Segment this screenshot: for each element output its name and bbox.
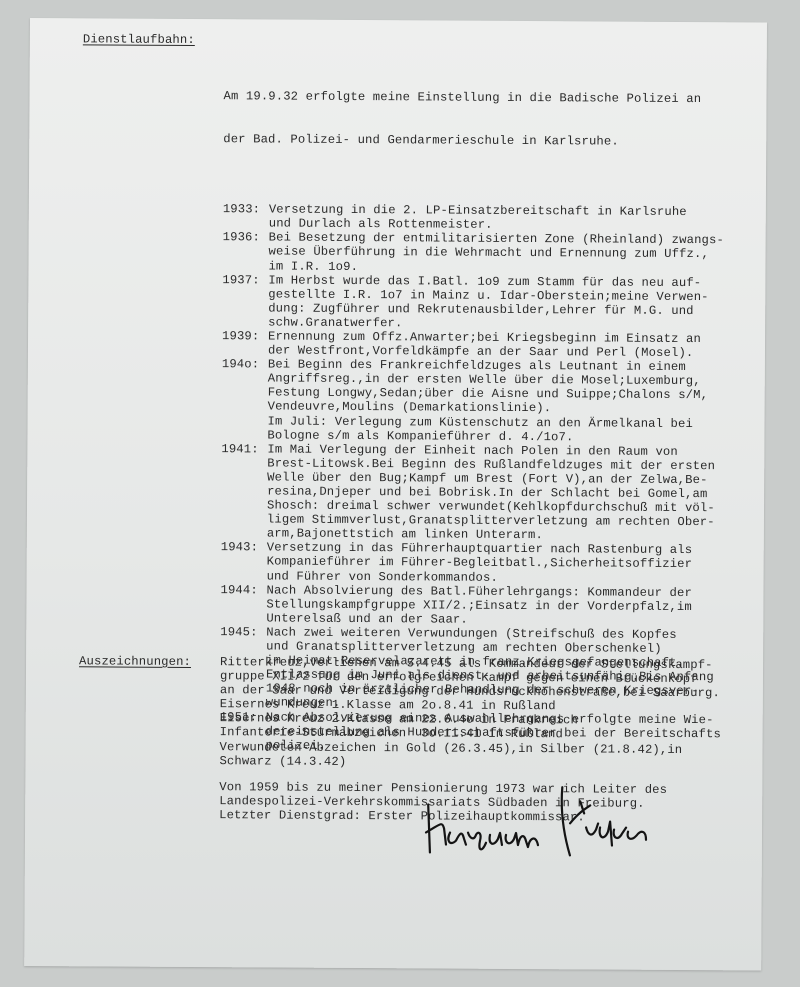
career-label: Dienstlaufbahn:: [83, 32, 195, 47]
entry-text: und Führer von Sonderkommandos.: [267, 569, 498, 585]
entry-year-spacer: [221, 484, 267, 498]
entry-year-spacer: [221, 555, 267, 569]
entry-year-spacer: [221, 456, 267, 470]
entry-year: 1933:: [223, 202, 269, 216]
entry-year-spacer: [221, 512, 267, 526]
document-sheet: Dienstlaufbahn: Am 19.9.32 erfolgte mein…: [24, 18, 767, 970]
entry-year-spacer: [222, 287, 268, 301]
signature: [420, 782, 680, 864]
awards-label: Auszeichnungen:: [79, 654, 191, 669]
career-intro: Am 19.9.32 erfolgte meine Einstellung in…: [223, 61, 725, 177]
entry-year: 1937:: [222, 273, 268, 287]
entry-year: 1936:: [223, 230, 269, 244]
entry-year-spacer: [220, 611, 266, 625]
entry-year: 1939:: [222, 329, 268, 343]
entry-text: schw.Granatwerfer.: [268, 315, 402, 330]
entry-year-spacer: [222, 371, 268, 385]
entry-text: im I.R. 1o9.: [268, 259, 358, 274]
entry-year-spacer: [222, 400, 268, 414]
entry-year: 1943:: [221, 541, 267, 555]
entry-year-spacer: [222, 386, 268, 400]
entry-year-spacer: [221, 470, 267, 484]
entry-year-spacer: [222, 301, 268, 315]
entry-year-spacer: [221, 569, 267, 583]
entry-year: 1945:: [220, 625, 266, 639]
entry-year: 194o:: [222, 357, 268, 371]
intro-line: Am 19.9.32 erfolgte meine Einstellung in…: [223, 90, 724, 107]
entry-year: 1944:: [220, 583, 266, 597]
intro-line: der Bad. Polizei- und Gendarmerieschule …: [223, 132, 724, 149]
entry-text: und Durlach als Rottenmeister.: [269, 217, 493, 232]
entry-year-spacer: [222, 315, 268, 329]
entry-year-spacer: [223, 216, 269, 230]
entry-year-spacer: [221, 498, 267, 512]
entry-year-spacer: [222, 414, 268, 428]
entry-year-spacer: [221, 428, 267, 442]
entry-year-spacer: [222, 343, 268, 357]
entry-year-spacer: [220, 597, 266, 611]
entry-year: 1941:: [221, 442, 267, 456]
entry-year-spacer: [222, 259, 268, 273]
awards-section: Ritterkreuz,verliehen am 5.4.45 als Komm…: [219, 655, 720, 771]
entry-year-spacer: [223, 245, 269, 259]
entry-year-spacer: [221, 526, 267, 540]
entry-text: Unterelsaß und an der Saar.: [266, 611, 468, 626]
entry-year-spacer: [220, 639, 266, 653]
